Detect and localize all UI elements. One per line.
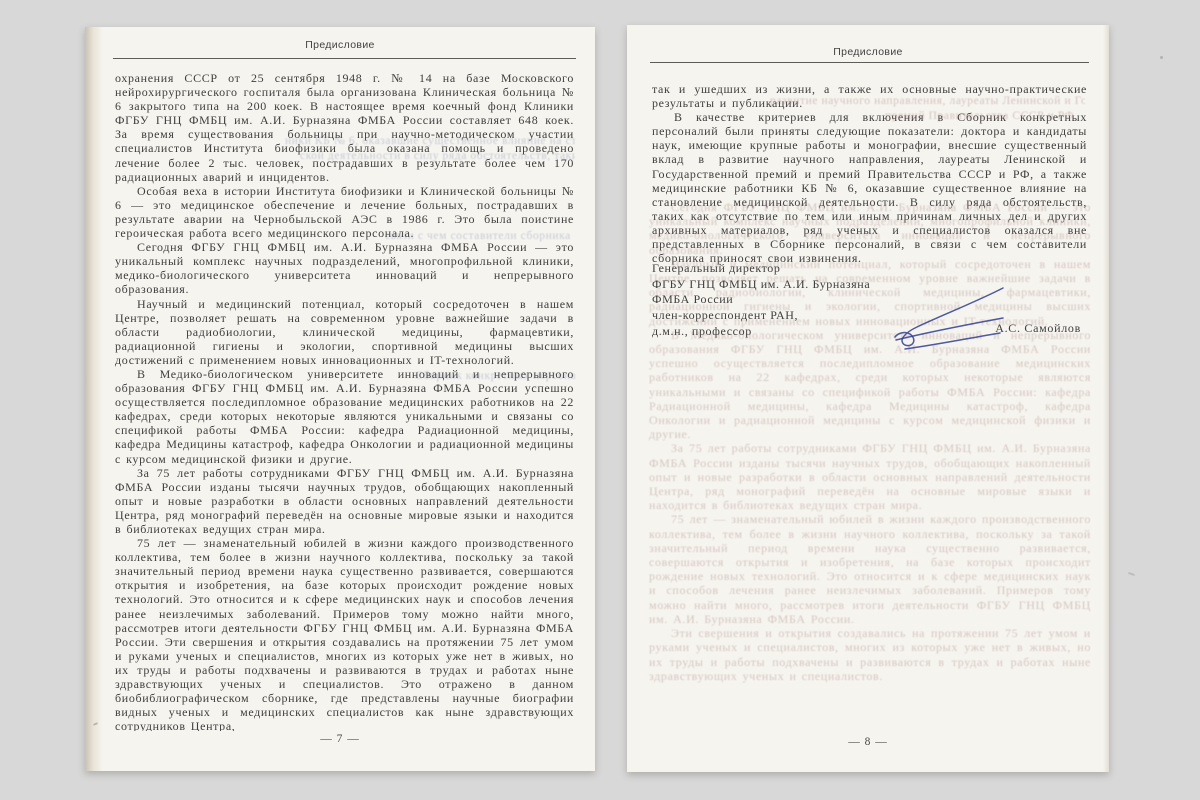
signature-title-line: ФГБУ ГНЦ ФМБЦ им. А.И. Бурназяна	[652, 277, 870, 293]
signature-title-line: Генеральный директор	[652, 261, 870, 277]
page-7-body: охранения СССР от 25 сентября 1948 г. № …	[115, 71, 574, 731]
body-paragraph: Сегодня ФГБУ ГНЦ ФМБЦ им. А.И. Бурназяна…	[115, 240, 574, 296]
page-7: Предисловие охранения СССР от 25 сентябр…	[85, 27, 595, 771]
show-through-paragraph: Эти свершения и открытия создавались на …	[649, 626, 1091, 683]
show-through-paragraph: В Медико-биологическом университете инно…	[649, 328, 1091, 442]
body-paragraph: охранения СССР от 25 сентября 1948 г. № …	[115, 71, 574, 184]
scan-speck	[1128, 572, 1135, 576]
head-rule	[113, 58, 576, 59]
head-rule	[650, 62, 1089, 63]
show-through-text: связи с чем составители сборника	[385, 230, 573, 242]
show-through-text: Сборник конкретных персона	[415, 370, 575, 382]
page-number: — 8 —	[627, 736, 1109, 748]
book-scan: Предисловие охранения СССР от 25 сентябр…	[0, 0, 1200, 800]
show-through-text: ники КБ № 6, оказавшие существенное влия…	[285, 135, 575, 147]
show-through-paragraph: 75 лет — знаменательный юбилей в жизни к…	[649, 512, 1091, 626]
page-8: Предисловие Сегодня ФГБУ ГНЦ ФМБЦ им. А.…	[627, 25, 1109, 772]
body-paragraph: 75 лет — знаменательный юбилей в жизни к…	[115, 536, 574, 731]
body-paragraph: Научный и медицинский потенциал, который…	[115, 297, 574, 367]
page-edge-shadow	[1103, 25, 1109, 772]
show-through-paragraph: За 75 лет работы сотрудниками ФГБУ ГНЦ Ф…	[649, 441, 1091, 512]
signature-title-line: член-корреспондент РАН,	[652, 308, 870, 324]
page-number: — 7 —	[85, 733, 595, 745]
running-head: Предисловие	[85, 39, 595, 51]
signature-title-line: ФМБА России	[652, 292, 870, 308]
signature-block: Генеральный директор ФГБУ ГНЦ ФМБЦ им. А…	[652, 261, 870, 340]
show-through-paragraph: Сегодня ФГБУ ГНЦ ФМБЦ им. А.И. Бурназяна…	[649, 200, 1091, 257]
show-through-text: премий Правительства СССР и РФ	[885, 110, 1090, 122]
body-paragraph: За 75 лет работы сотрудниками ФГБУ ГНЦ Ф…	[115, 466, 574, 536]
handwritten-signature	[890, 283, 1017, 355]
signature-title-line: д.м.н., профессор	[652, 324, 870, 340]
show-through-text: развитие научного направления, лауреаты …	[770, 95, 1085, 107]
spine-shadow	[85, 27, 103, 771]
show-through-text: ской деятельности в силу ряда обстоятель…	[300, 150, 575, 162]
running-head: Предисловие	[627, 46, 1109, 58]
scan-speck	[1160, 56, 1163, 59]
